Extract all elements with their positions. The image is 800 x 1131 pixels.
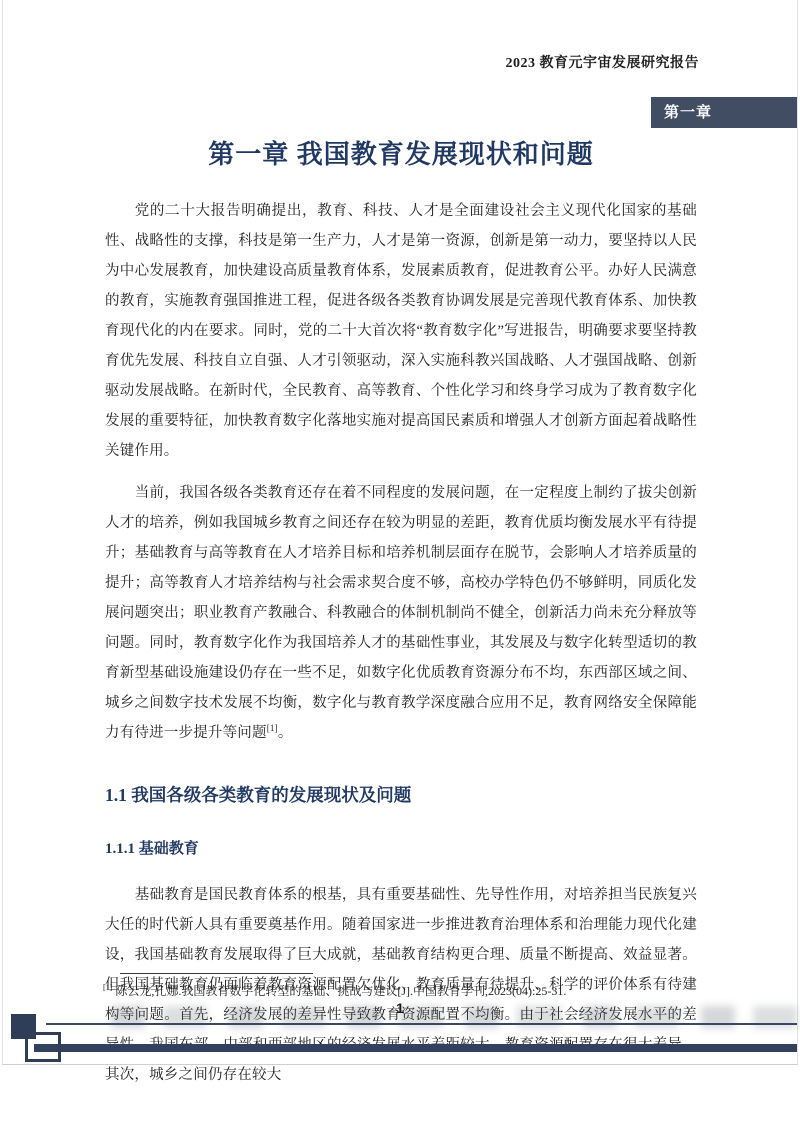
page-number: 1 [3, 1000, 797, 1016]
paragraph-1: 党的二十大报告明确提出，教育、科技、人才是全面建设社会主义现代化国家的基础性、战… [105, 196, 697, 466]
paragraph-2-text: 当前，我国各级各类教育还存在着不同程度的发展问题，在一定程度上制约了拔尖创新人才… [105, 485, 697, 741]
section-heading-1-1: 1.1 我国各级各类教育的发展现状及问题 [105, 782, 697, 807]
paragraph-2-period: 。 [278, 725, 293, 741]
footnote-separator-line [120, 973, 313, 974]
footnote-reference-1: [1] [267, 723, 278, 733]
section-heading-1-1-1: 1.1.1 基础教育 [105, 837, 697, 858]
chapter-badge: 第一章 [651, 97, 797, 128]
chapter-title: 第一章 我国教育发展现状和问题 [105, 134, 697, 171]
document-page: 2023 教育元宇宙发展研究报告 第一章 第一章 我国教育发展现状和问题 党的二… [2, 0, 798, 1065]
page-content: 第一章 我国教育发展现状和问题 党的二十大报告明确提出，教育、科技、人才是全面建… [3, 134, 797, 1090]
footer-thin-rule [46, 1023, 797, 1025]
paragraph-2: 当前，我国各级各类教育还存在着不同程度的发展问题，在一定程度上制约了拔尖创新人才… [105, 478, 697, 748]
footnote-marker: [1] [103, 983, 112, 992]
footer-filled-square [11, 1014, 36, 1039]
footnote: [1] 陈云龙,孔娜.我国教育数字化转型的基础、挑战与建议[J].中国教育学刊,… [103, 983, 703, 999]
report-title-header: 2023 教育元宇宙发展研究报告 [506, 52, 700, 72]
footer-thick-bar [34, 1044, 797, 1052]
footnote-text: 陈云龙,孔娜.我国教育数字化转型的基础、挑战与建议[J].中国教育学刊,2023… [112, 984, 566, 998]
